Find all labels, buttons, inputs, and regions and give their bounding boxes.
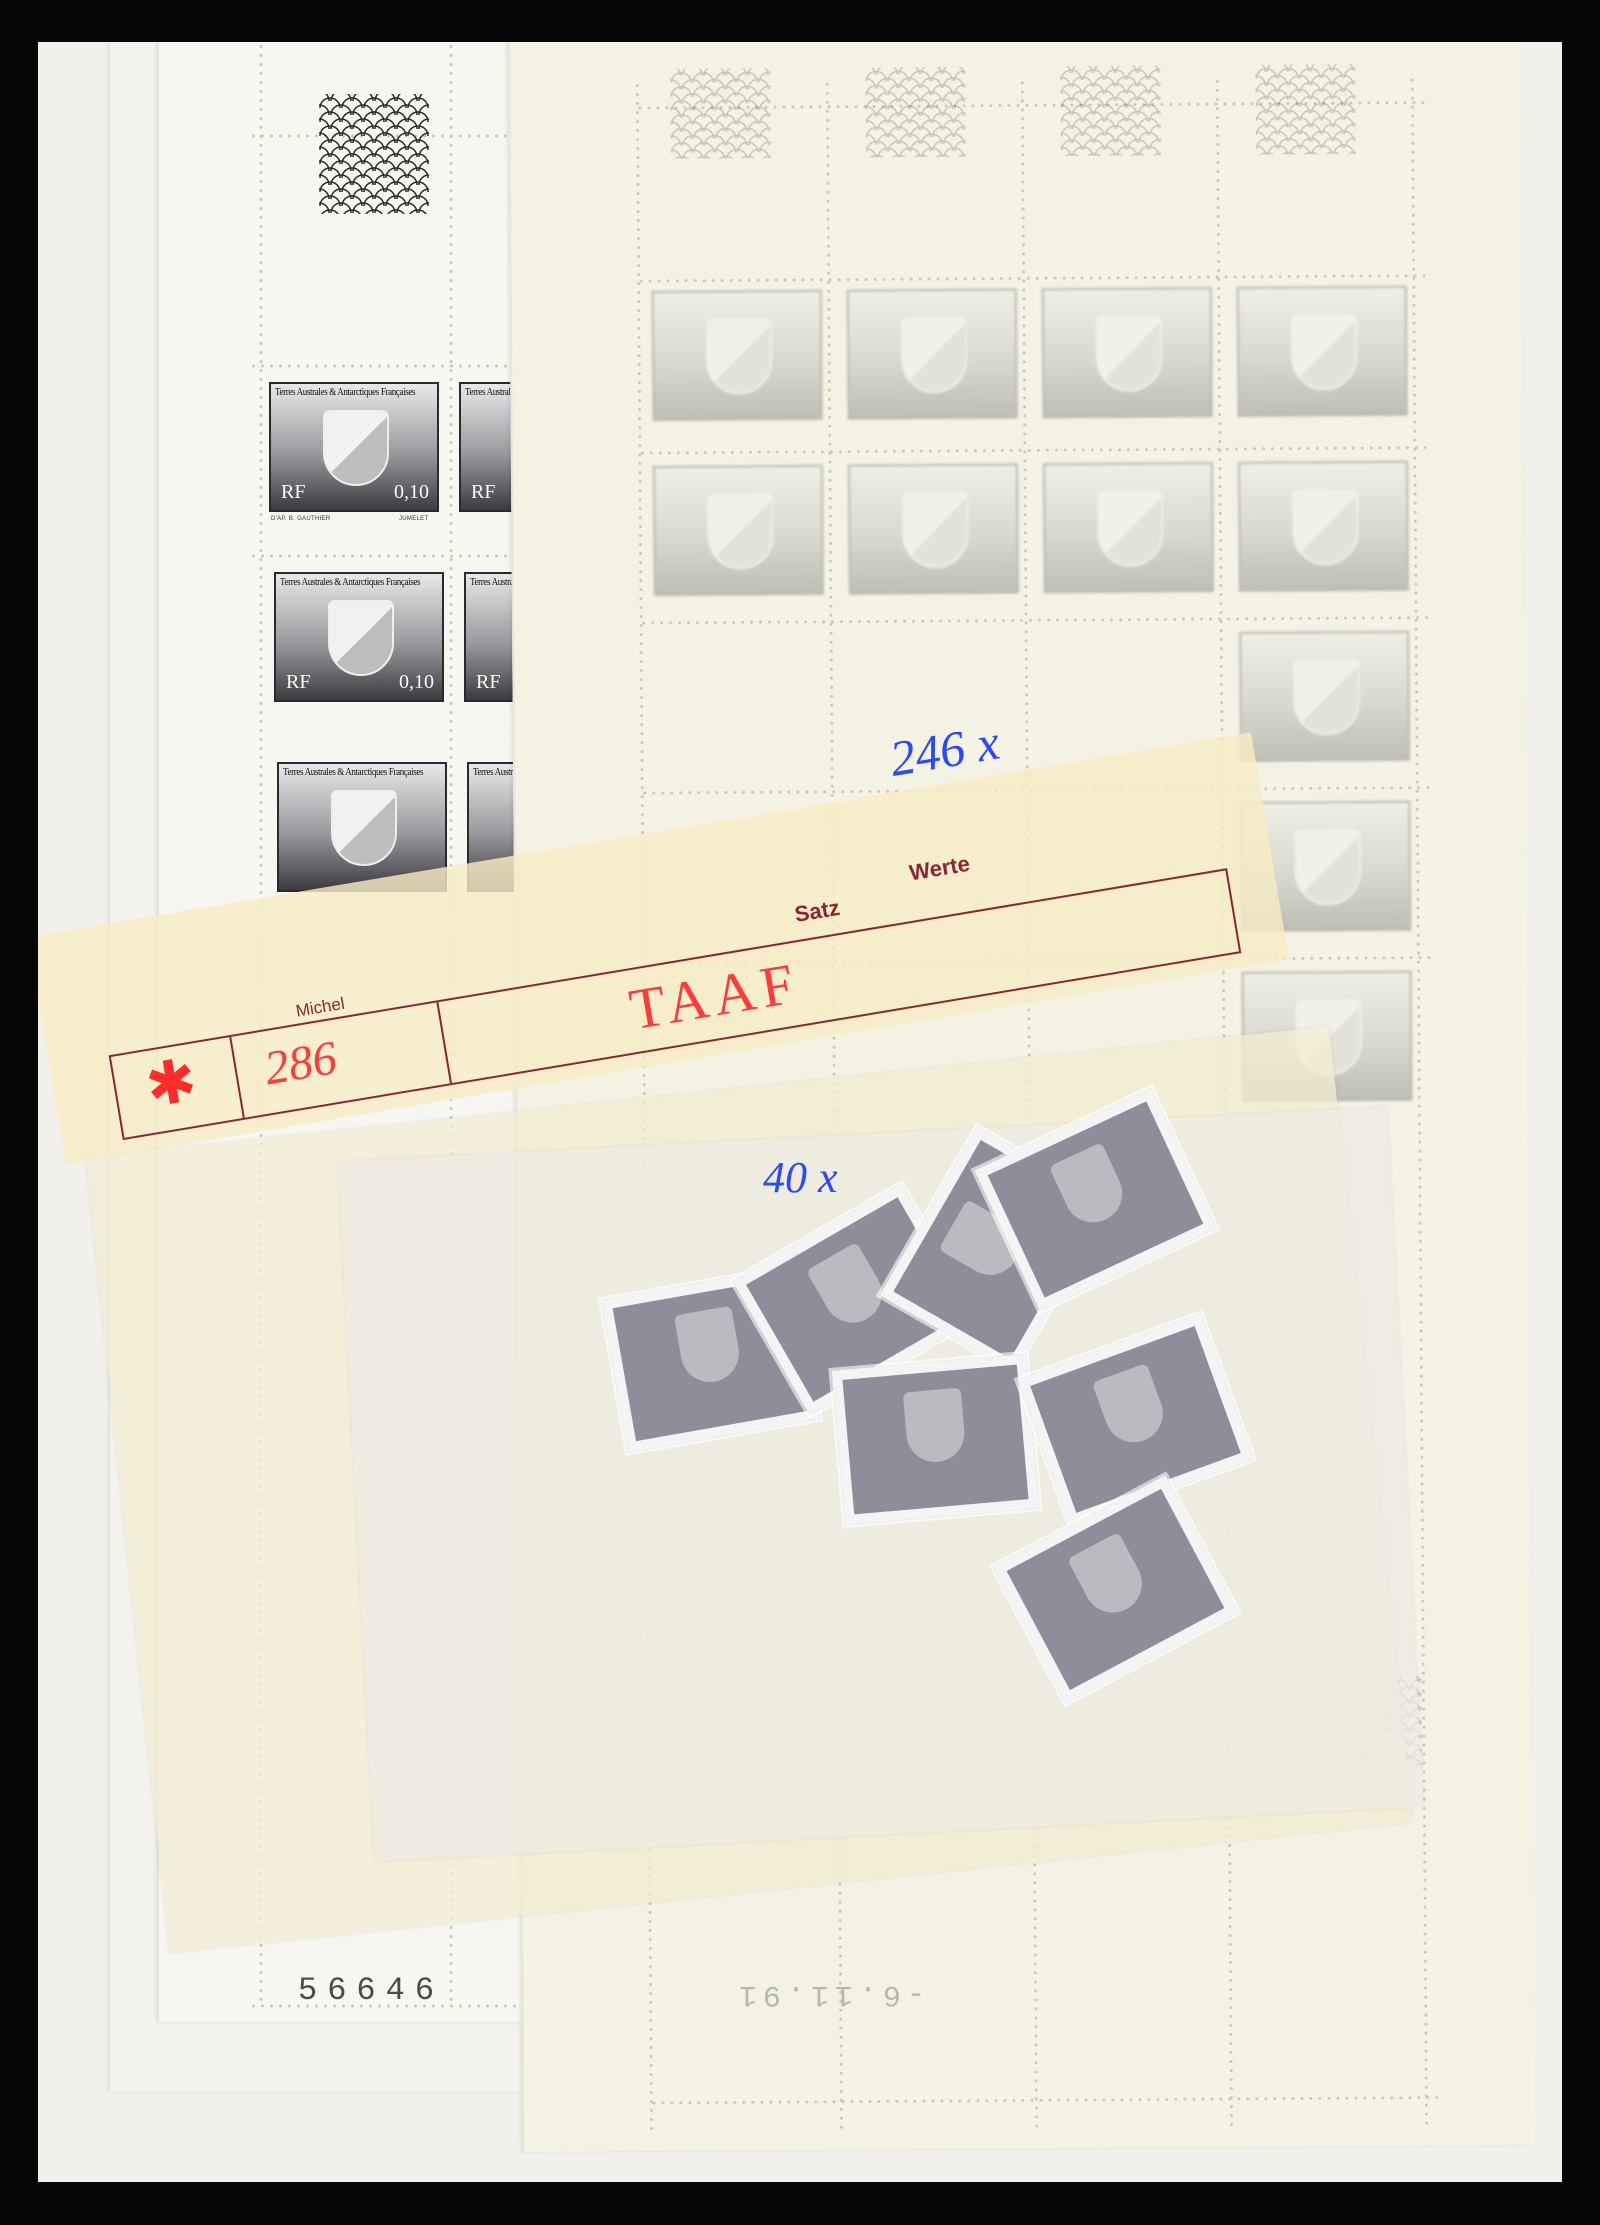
margin-pattern	[1255, 64, 1356, 155]
stamp-title: Terres Australes & Antarctiques Français…	[283, 767, 425, 778]
imprint-right: JUMELET	[399, 516, 428, 522]
coat-of-arms-icon	[901, 317, 968, 393]
coat-of-arms-icon	[902, 492, 969, 568]
perforation	[637, 274, 1427, 284]
perforation	[638, 446, 1428, 456]
perforation	[639, 616, 1429, 626]
stamp-rf: RF	[286, 671, 310, 694]
label-divider	[436, 1002, 452, 1083]
margin-pattern	[319, 94, 429, 214]
stamp-rf: RF	[476, 671, 500, 694]
coat-of-arms-icon	[706, 318, 773, 394]
coat-of-arms-icon	[323, 410, 389, 486]
print-date: -6.11.91	[733, 1977, 925, 2011]
coat-of-arms-icon	[1293, 659, 1360, 735]
stamp-ghost	[1237, 286, 1408, 417]
stamp-ghost	[848, 463, 1019, 594]
margin-pattern	[865, 67, 966, 158]
coat-of-arms-icon	[1097, 490, 1164, 566]
coat-of-arms-icon	[328, 600, 394, 676]
coat-of-arms-icon	[1096, 315, 1163, 391]
imprint-left: D'AP. B. GAUTHIER	[271, 516, 330, 522]
album-page: Terres Australes & Antarctiques Français…	[38, 42, 1562, 2182]
label-country: TAAF	[625, 949, 805, 1043]
stamp-value: 0,10	[394, 481, 429, 504]
coat-of-arms-icon	[331, 790, 397, 866]
stamp-title: Terres Australes & Antarctiques Français…	[280, 577, 422, 588]
stamp-ghost	[1043, 462, 1214, 593]
sheet-number: 56646	[298, 1972, 444, 2009]
stamp-value: 0,10	[399, 671, 434, 694]
stamp-rf: RF	[471, 481, 495, 504]
label-michel-heading: Michel	[294, 994, 346, 1022]
stamp-ghost	[847, 288, 1018, 419]
coat-of-arms-icon	[1295, 829, 1362, 905]
stamp: Terres Australes & Antarctiques Français…	[269, 382, 439, 512]
perforation	[1410, 76, 1428, 2126]
stamp-ghost	[1238, 461, 1409, 592]
stamp-ghost	[653, 465, 824, 596]
coat-of-arms-icon	[707, 493, 774, 569]
label-divider	[229, 1037, 245, 1118]
stamp-rf: RF	[281, 481, 305, 504]
stamp-ghost	[1042, 287, 1213, 418]
stamp-ghost	[652, 290, 823, 421]
label-satz-heading: Satz	[793, 895, 842, 928]
loose-stamp	[832, 1354, 1040, 1525]
margin-pattern	[1060, 65, 1161, 156]
stamp: Terres Australes & Antarctiques Français…	[274, 572, 444, 702]
margin-pattern	[670, 68, 771, 159]
coat-of-arms-icon	[1291, 314, 1358, 390]
stamp-ghost	[1239, 631, 1410, 762]
label-werte-heading: Werte	[907, 851, 971, 887]
label-michel-number: 286	[261, 1030, 341, 1096]
stamp-title: Terres Australes & Antarctiques Français…	[275, 387, 417, 398]
mint-star-icon: ✱	[142, 1050, 201, 1117]
coat-of-arms-icon	[1292, 489, 1359, 565]
loose-stamp-quantity: 40 x	[763, 1152, 838, 1203]
perforation	[649, 2096, 1439, 2106]
